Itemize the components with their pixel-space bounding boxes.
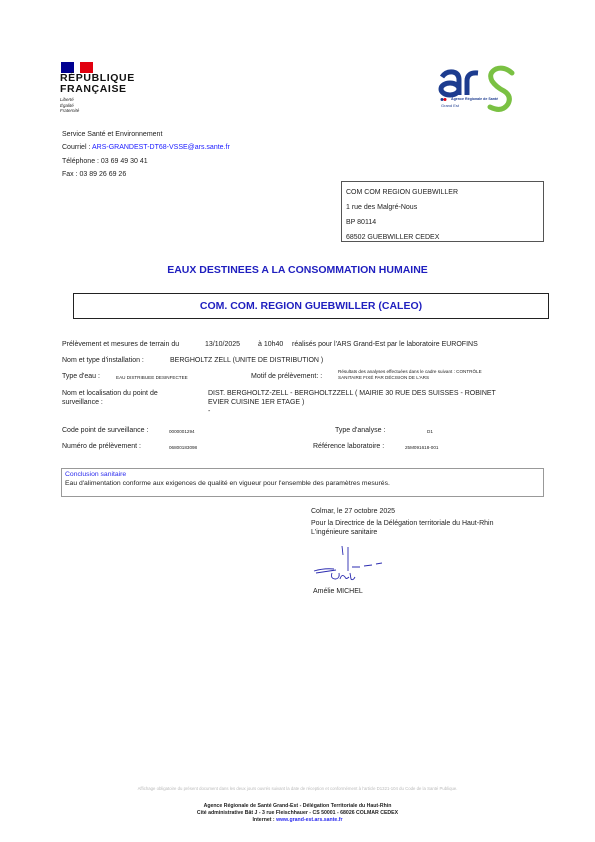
ars-agency-name: Agence Régionale de Santé [451, 97, 498, 101]
signature-icon [312, 543, 384, 583]
sample-number-label: Numéro de prélèvement : [62, 443, 141, 450]
sender-email-line: Courriel : ARS-GRANDEST-DT68-VSSE@ars.sa… [62, 144, 230, 151]
sampling-date: 13/10/2025 [205, 341, 240, 348]
sampling-reason-label: Motif de prélèvement: : [251, 373, 322, 380]
surveillance-point-value: DIST. BERGHOLTZ-ZELL - BERGHOLTZZELL ( M… [208, 389, 496, 407]
lab-reference-value: 25M091618-001 [405, 445, 438, 451]
installation-value: BERGHOLTZ ZELL (UNITE DE DISTRIBUTION ) [170, 357, 323, 364]
point-extra: - [208, 408, 210, 415]
conclusion-box: Conclusion sanitaire Eau d'alimentation … [61, 468, 544, 497]
network-name-box: COM. COM. REGION GUEBWILLER (CALEO) [73, 293, 549, 319]
lab-reference-label: Référence laboratoire : [313, 443, 384, 450]
sample-number-value: 06800183098 [169, 445, 197, 451]
email-label: Courriel : [62, 144, 92, 151]
signer-name: Amélie MICHEL [313, 588, 363, 595]
point-label-line-1: Nom et localisation du point de [62, 389, 158, 398]
sender-email-link[interactable]: ARS-GRANDEST-DT68-VSSE@ars.sante.fr [92, 144, 230, 151]
internet-label: Internet : [252, 817, 276, 823]
water-type-value: EAU DISTRIBUEE DESINFECTEE [116, 375, 188, 381]
reason-line-1: Résultats des analyses effectuées dans l… [338, 369, 482, 375]
conclusion-text: Eau d'alimentation conforme aux exigence… [65, 480, 543, 487]
conclusion-title: Conclusion sanitaire [65, 471, 543, 478]
recipient-address-box: COM COM REGION GUEBWILLER 1 rue des Malg… [341, 181, 544, 242]
sender-service: Service Santé et Environnement [62, 131, 162, 138]
footer-agency: Agence Régionale de Santé Grand-Est - Dé… [0, 803, 595, 809]
water-type-label: Type d'eau : [62, 373, 100, 380]
recipient-line: BP 80114 [346, 215, 543, 230]
sender-fax: Fax : 03 89 26 69 26 [62, 171, 126, 178]
republique-francaise-logo: RÉPUBLIQUE FRANÇAISE [60, 73, 135, 95]
recipient-line: 68502 GUEBWILLER CEDEX [346, 230, 543, 245]
point-value-line-1: DIST. BERGHOLTZ-ZELL - BERGHOLTZZELL ( M… [208, 389, 496, 398]
motto-fraternite: Fraternité [60, 108, 79, 114]
sampling-reason-value: Résultats des analyses effectuées dans l… [338, 369, 482, 380]
reason-line-2: SANITAIRE FIXÉ PAR DÉCISION DE L'ARS [338, 375, 482, 381]
sampling-performed-by: réalisés pour l'ARS Grand-Est par le lab… [292, 341, 478, 348]
code-point-label: Code point de surveillance : [62, 427, 148, 434]
point-label-line-2: surveillance : [62, 398, 158, 407]
footer-internet-line: Internet : www.grand-est.ars.sante.fr [0, 817, 595, 823]
logo-line-2: FRANÇAISE [60, 84, 135, 95]
on-behalf-line: Pour la Directrice de la Délégation terr… [311, 520, 493, 527]
recipient-line: COM COM REGION GUEBWILLER [346, 185, 543, 200]
republic-motto: Liberté Égalité Fraternité [60, 97, 79, 114]
sender-phone: Téléphone : 03 69 49 30 41 [62, 158, 148, 165]
code-point-value: 0000001294 [169, 429, 195, 435]
recipient-line: 1 rue des Malgré-Nous [346, 200, 543, 215]
legal-note: Affichage obligatoire du présent documen… [0, 786, 595, 791]
document-title: EAUX DESTINEES A LA CONSOMMATION HUMAINE [0, 264, 595, 276]
installation-label: Nom et type d'installation : [62, 357, 144, 364]
surveillance-point-label: Nom et localisation du point de surveill… [62, 389, 158, 407]
ars-region: Grand Est [441, 103, 459, 108]
place-date: Colmar, le 27 octobre 2025 [311, 508, 395, 515]
analysis-type-label: Type d'analyse : [335, 427, 385, 434]
signer-role: L'ingénieure sanitaire [311, 529, 377, 536]
website-link[interactable]: www.grand-est.ars.sante.fr [276, 817, 342, 823]
footer-address: Cité administrative Bât J - 3 rue Fleisc… [0, 810, 595, 816]
sampling-time: à 10h40 [258, 341, 283, 348]
analysis-type-value: D1 [427, 429, 433, 435]
sampling-intro-label: Prélèvement et mesures de terrain du [62, 341, 179, 348]
point-value-line-2: EVIER CUISINE 1ER ETAGE ) [208, 398, 496, 407]
